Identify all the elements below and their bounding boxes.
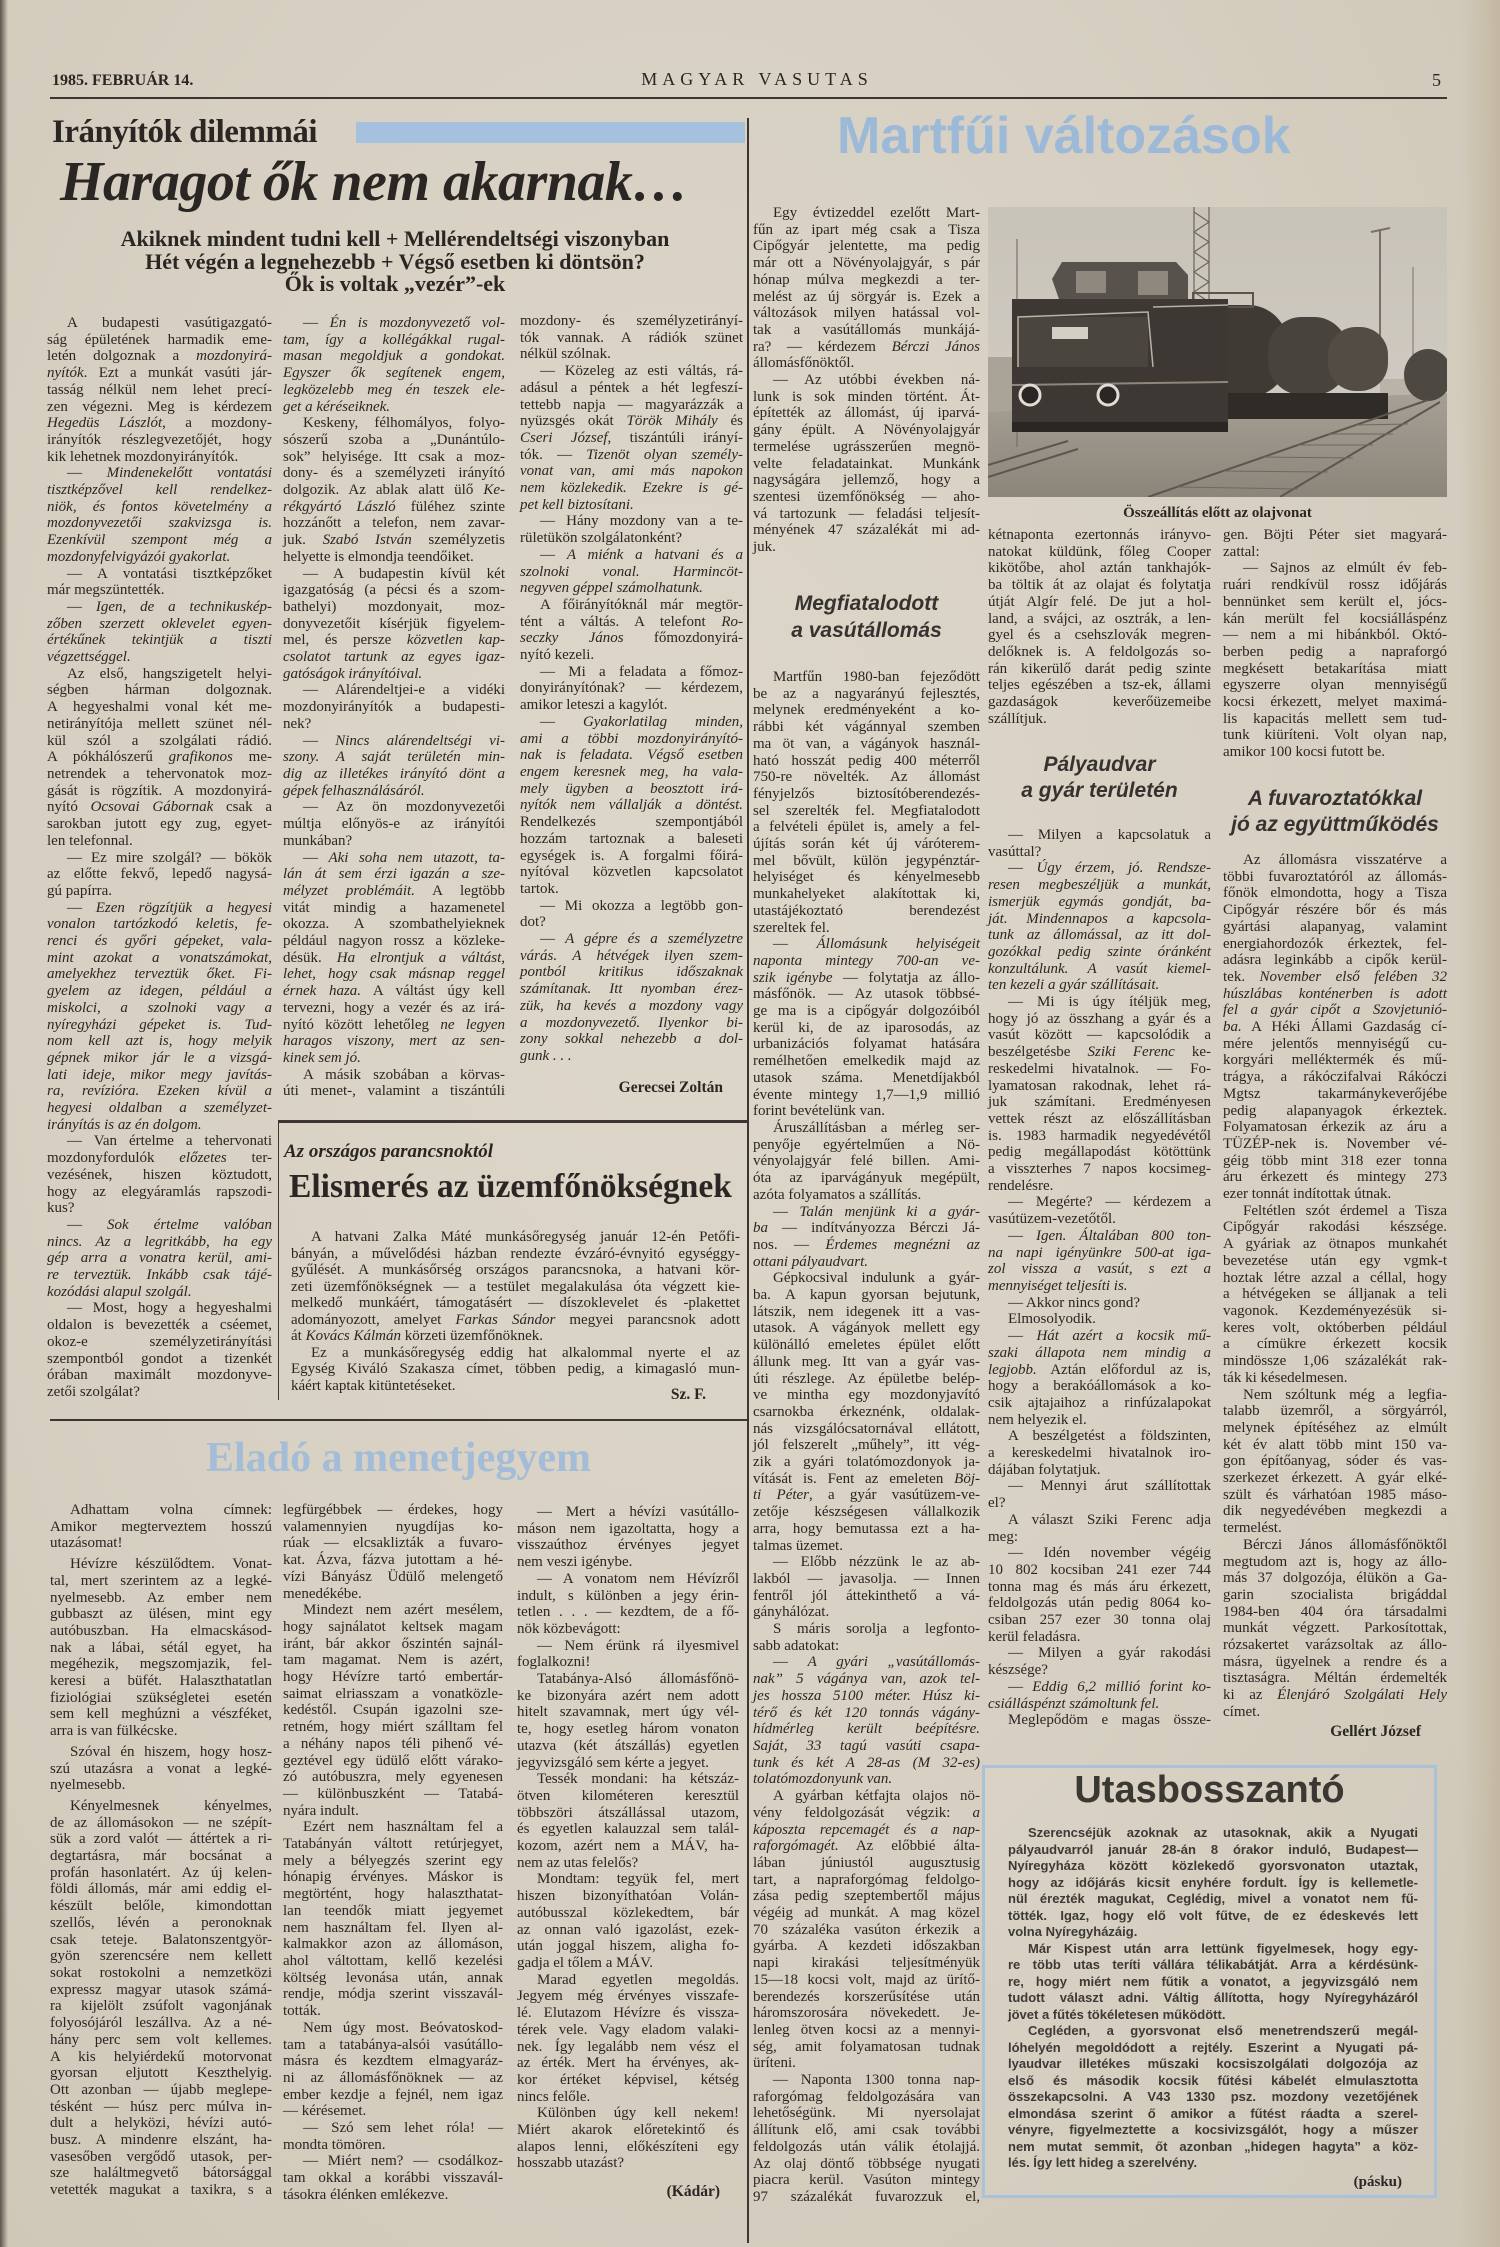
text-line: hogy Hévízre tartó embertár- bbox=[283, 1669, 503, 1686]
text-line: — Naponta 1300 tonna nap- bbox=[753, 2072, 980, 2089]
text-line: Nem úgy most. Beóvatoskod- bbox=[283, 2020, 503, 2037]
text-line: ra kijelölt zsúfolt vagonjának bbox=[50, 1998, 272, 2015]
box-body: Szerencséjük azoknak az utasoknak, akik … bbox=[1008, 1825, 1418, 2172]
page-binding-edge bbox=[0, 0, 8, 2247]
text-line: gány épült. A Növényolajgyár bbox=[753, 422, 980, 439]
text-line: hány perc sem volt kellemes. bbox=[50, 2032, 272, 2049]
text-line: visszaúthoz érvényes jegyet bbox=[517, 1537, 739, 1554]
text-line: utasok. A vágányok mellett egy bbox=[753, 1320, 980, 1337]
headlight bbox=[1020, 385, 1040, 405]
text-line: vényolajgyár felé billen. Ami- bbox=[753, 1153, 980, 1170]
text-line: és egyetlen kalauzzal sem talál- bbox=[517, 1821, 739, 1838]
text-line: más 37 dolgozója, élükön a Ga- bbox=[1223, 1570, 1447, 1587]
text-line: kerül feladásra. bbox=[988, 1629, 1211, 1646]
text-line: nyelmesebb. bbox=[50, 1777, 272, 1794]
text-line: kus? bbox=[47, 1200, 272, 1217]
article-byline: (Kádár) bbox=[517, 2183, 720, 2201]
text-line: pontból kritikus időszaknak bbox=[520, 964, 743, 981]
text-line: talabb üzemről, a sörgyárról, bbox=[1223, 1403, 1447, 1420]
text-line: A főirányítóknál már megtör- bbox=[520, 597, 743, 614]
text-line: niök, és fontos követelmény a bbox=[47, 499, 272, 516]
text-line: reskedelmi hivatalnok. — Fo- bbox=[988, 1061, 1211, 1078]
text-line: arra, hogy bemutassa ezt a ha- bbox=[753, 1521, 980, 1538]
text-line: — Ezen rögzítjük a hegyesi bbox=[47, 900, 272, 917]
text-line: tam magamat. Nem is azért, bbox=[283, 1652, 503, 1669]
text-line: S máris sorolja a legfonto- bbox=[753, 1621, 980, 1638]
text-line: valamennyien nyugdíjas ko- bbox=[283, 1519, 503, 1536]
text-line: az előtte fekvő, lepedő nagysá- bbox=[47, 866, 272, 883]
text-line: ahol váltottam, kellő kezelési bbox=[283, 1953, 503, 1970]
text-line: amikor 100 kocsi futott be. bbox=[1223, 744, 1447, 761]
text-line: címet. bbox=[1223, 1704, 1447, 1721]
text-line: tasság nélkül nem lehet precí- bbox=[47, 382, 272, 399]
text-line: bathelyi) mozdonyait, moz- bbox=[283, 599, 505, 616]
text-line: gazdaságok keverőüzemeibe bbox=[988, 694, 1211, 711]
text-line: állítunk elő, ami csak további bbox=[753, 2122, 980, 2139]
text-line: szik igénybe — folytatja az állo- bbox=[753, 970, 980, 987]
text-line: saimat elriasszam a vonatközle- bbox=[283, 1686, 503, 1703]
text-line: feldolgozás után válik étolajjá. bbox=[753, 2139, 980, 2156]
text-line: geztével egy üdülő előtt várako- bbox=[283, 1753, 503, 1770]
paragraph: Kényelmesnek kényelmes,de az állomásokon… bbox=[50, 1798, 272, 2199]
text-line: mel bővült, külön jegypénztár- bbox=[753, 853, 980, 870]
text-line: Amikor megterveztem hosszú bbox=[50, 1519, 272, 1536]
paragraph: — A miénk a hatvani és aszolnoki vonal. … bbox=[520, 547, 743, 597]
text-line: a mozdonyvezető. Ilyenkor bi- bbox=[520, 1015, 743, 1032]
text-line: — Eddig 6,2 millió forint ko- bbox=[988, 1679, 1211, 1696]
text-line: hozzám tartoznak a baleseti bbox=[520, 831, 743, 848]
text-line: Az olaj döntő többsége nyugati bbox=[753, 2156, 980, 2173]
text-line: Cegléden, a gyorsvonat első menetrendsze… bbox=[1008, 2023, 1418, 2040]
text-line: nélkül szólnak. bbox=[520, 346, 743, 363]
text-line: — Megérte? — kérdezem a bbox=[988, 1194, 1211, 1211]
text-line: — A vontatási tisztképzőket bbox=[47, 566, 272, 583]
text-line: nyíregyházi gépeket is. Tud- bbox=[47, 1017, 272, 1034]
text-line: — Hát azért a kocsik mű- bbox=[988, 1328, 1211, 1345]
text-line: Cipőgyár jelentette, ma pedig bbox=[753, 238, 980, 255]
text-line: Mondtam: tegyük fel, mert bbox=[517, 1871, 739, 1888]
text-line: géig több mint 318 ezer tonna bbox=[1223, 1153, 1447, 1170]
text-line: Ezenkívül szempont még a bbox=[47, 532, 272, 549]
box-byline: (pásku) bbox=[1296, 2174, 1402, 2191]
paragraph: — Hát azért a kocsik mű-szaki állapota n… bbox=[988, 1328, 1211, 1428]
text-line: — különbuszként — Tatabá- bbox=[283, 1786, 503, 1803]
subhead-line: a gyár területén bbox=[988, 778, 1211, 804]
text-line: — Sajnos az elmúlt év feb- bbox=[1223, 560, 1447, 577]
paragraph: — Mindenekelőtt vontatásitisztképzővel k… bbox=[47, 465, 272, 565]
paragraph: Ezért nem használtam fel aTatabányán vál… bbox=[283, 1819, 503, 2019]
text-line: tötték. Igaz, hogy elő volt fűtve, de ez… bbox=[1008, 1908, 1418, 1925]
text-line: Szóval én hiszem, hogy hosz- bbox=[50, 1744, 272, 1761]
text-line: Tessék mondani: ha kétszáz- bbox=[517, 1771, 739, 1788]
text-line: el? bbox=[988, 1495, 1211, 1512]
page-right-edge bbox=[1460, 0, 1500, 2247]
text-line: érnek haza. A váltást úgy kell bbox=[283, 983, 505, 1000]
text-line: vítását is. Fent az emeleten Böj- bbox=[753, 1471, 980, 1488]
text-line: helyette is elmondja teendőiket. bbox=[283, 549, 505, 566]
text-line: dig az illetékes irányító dönt a bbox=[283, 766, 505, 783]
paragraph: Egy évtizeddel ezelőtt Mart-fűn az ipart… bbox=[753, 205, 980, 372]
text-line: szállítjuk. bbox=[988, 711, 1211, 728]
text-line: ötven kilométeren keresztül bbox=[517, 1788, 739, 1805]
text-line: Meglepődöm e magas össze- bbox=[988, 1712, 1211, 1729]
text-line: nyítóval közvetlen kapcsolatot bbox=[520, 864, 743, 881]
text-line: ruári rendkívül rossz időjárás bbox=[1223, 577, 1447, 594]
text-line: várás. A hétvégek ilyen szem- bbox=[520, 948, 743, 965]
text-line: Az állomásra visszatérve a bbox=[1223, 852, 1447, 869]
paragraph: S máris sorolja a legfonto-sabb adatokat… bbox=[753, 1621, 980, 1654]
paragraph: gen. Böjti Péter siet magyará-zattal: bbox=[1223, 527, 1447, 560]
text-line: ki az Élenjáró Szolgálati Hely bbox=[1223, 1687, 1447, 1704]
text-line: be az a nagyarányú fejlesztés, bbox=[753, 686, 980, 703]
text-line: úti menet-, valamint a tiszántúli bbox=[283, 1083, 505, 1100]
text-line: után joggal hiszem, aligha fo- bbox=[517, 1938, 739, 1955]
paragraph: — Naponta 1300 tonna nap-raforgómag feld… bbox=[753, 2072, 980, 2206]
text-line: nak” 5 vágánya van, azok tel- bbox=[753, 1671, 980, 1688]
article-column-3: mozdony- és személyzetirányí-tók vannak.… bbox=[520, 313, 743, 1065]
text-line: mozdony- és személyzetirányí- bbox=[520, 313, 743, 330]
text-line: jövet a fűtés tökéletesen működött. bbox=[1008, 2007, 1418, 2024]
paragraph: Bérczi János állomásfőnöktőlmegtudom azt… bbox=[1223, 1537, 1447, 1721]
text-line: lé. Elutazom Hévízre és vissza- bbox=[517, 2005, 739, 2022]
text-line: lyaudvar illetékes műszaki kocsiszolgála… bbox=[1008, 2056, 1418, 2073]
article-column-1: Adhattam volna címnek:Amikor megtervezte… bbox=[50, 1502, 272, 2199]
text-line: kozom, azért nem a MÁV, ha- bbox=[517, 1838, 739, 1855]
article-column-2-top: kétnaponta ezertonnás irányvo-natokat kü… bbox=[988, 527, 1211, 727]
text-line: szellős, lévén a peronoknak bbox=[50, 1915, 272, 1932]
text-line: másra, ügyelnek a rendre és a bbox=[1223, 1654, 1447, 1671]
text-line: tunk az állomással, az itt dol- bbox=[988, 927, 1211, 944]
article-column-3-top: gen. Böjti Péter siet magyará-zattal:— S… bbox=[1223, 527, 1447, 761]
paragraph: — Úgy érzem, jó. Rendsze-resen megbeszél… bbox=[988, 860, 1211, 994]
text-line: útját Algír felé. De jut a hol- bbox=[988, 594, 1211, 611]
text-line: készült belőle, kimondottan bbox=[50, 1898, 272, 1915]
text-line: ság épületének harmadik eme- bbox=[47, 332, 272, 349]
section-subhead: Megfiatalodott a vasútállomás bbox=[753, 590, 980, 644]
text-line: szaki állapota nem mindig a bbox=[988, 1345, 1211, 1362]
text-line: legközelebb meg én teszek ele- bbox=[283, 382, 505, 399]
text-line: tolatómozdonyunk van. bbox=[753, 1771, 980, 1788]
paragraph: — Mennyi árut szállítottakel? bbox=[988, 1478, 1211, 1511]
text-line: teljes egészében a tsz-ek, állami bbox=[988, 677, 1211, 694]
text-line: Már Kispest után arra lettünk figyelmese… bbox=[1008, 1941, 1418, 1958]
text-line: bennünket sem került el, jócs- bbox=[1223, 594, 1447, 611]
text-line: szült és várhatóan 1985 máso- bbox=[1223, 1487, 1447, 1504]
text-line: ami a többi mozdonyirányító- bbox=[520, 731, 743, 748]
text-line: 15—18 kocsi volt, majd az ürítő- bbox=[753, 1972, 980, 1989]
article-byline: Gerecsei Zoltán bbox=[520, 1079, 723, 1097]
text-line: A gyárban kétfajta olajos nö- bbox=[753, 1788, 980, 1805]
text-line: földi állomás, már ami eddig el- bbox=[50, 1881, 272, 1898]
text-line: egységek is. A forgalmi főirá- bbox=[520, 848, 743, 865]
text-line: de az állomásokon — ne szépít- bbox=[50, 1815, 272, 1832]
text-line: A pókhálószerű grafikonos me- bbox=[47, 749, 272, 766]
text-line: — Az utóbbi években ná- bbox=[753, 372, 980, 389]
text-line: berendezés korszerűsítése után bbox=[753, 1989, 980, 2006]
text-line: garin szocialista brigáddal bbox=[1223, 1587, 1447, 1604]
paragraph: Tatabánya-Alsó állomásfőnö-ke bizonyára … bbox=[517, 1671, 739, 1771]
text-line: — Idén november végéig bbox=[988, 1545, 1211, 1562]
paragraph: — Eddig 6,2 millió forint ko-csiálláspén… bbox=[988, 1679, 1211, 1712]
text-line: kedéstől. Csupán igazolni sze- bbox=[283, 1702, 503, 1719]
text-line: — nem a mi hibánkból. Októ- bbox=[1223, 627, 1447, 644]
text-line: — kérésemet. bbox=[283, 2103, 503, 2120]
text-line: Mindezt nem azért mesélem, bbox=[283, 1602, 503, 1619]
text-line: — Én is mozdonyvezető vol- bbox=[283, 315, 505, 332]
text-line: Ezért nem használtam fel a bbox=[283, 1819, 503, 1836]
article-kicker: Irányítók dilemmái bbox=[52, 114, 317, 150]
text-line: gyárba. A kezdeti időszakban bbox=[753, 1938, 980, 1955]
text-line: tart, a napraforgómag feldolgo- bbox=[753, 1872, 980, 1889]
text-line: pedig alapanyagok érkeztek. bbox=[1223, 1103, 1447, 1120]
text-line: — A vonatom nem Hévízről bbox=[517, 1571, 739, 1588]
text-line: vasúttal? bbox=[988, 844, 1211, 861]
paragraph: mozdony- és személyzetirányí-tók vannak.… bbox=[520, 313, 743, 363]
text-line: mint azokat a vonatszámokat, bbox=[47, 950, 272, 967]
article-column-1: A budapesti vasútigazgató-ság épületének… bbox=[47, 315, 272, 1401]
text-line: vasesőben vergődő utasok, per- bbox=[50, 2149, 272, 2166]
paragraph: — Mert a hévízi vasútállo-máson nem igaz… bbox=[517, 1504, 739, 1571]
text-line: nyítók nem vállalják a döntést. bbox=[520, 797, 743, 814]
text-line: zük, ha kevés a mozdony vagy bbox=[520, 998, 743, 1015]
text-line: zó autóbuszra, mely egyenesen bbox=[283, 1769, 503, 1786]
text-line: — Milyen a kapcsolatuk a bbox=[988, 827, 1211, 844]
text-line: autóbusszal közlekedtem, bár bbox=[517, 1905, 739, 1922]
box-byline: Sz. F. bbox=[600, 1386, 706, 1404]
text-line: lában júniustól augusztusig bbox=[753, 1855, 980, 1872]
text-line: termelést. bbox=[1223, 1520, 1447, 1537]
text-line: masan megoldjuk a gondokat. bbox=[283, 348, 505, 365]
text-line: haragos viszony, mert az sen- bbox=[283, 1033, 505, 1050]
text-line: nül érezték magukat, Ceglédig, mivel a v… bbox=[1008, 1891, 1418, 1908]
text-line: pedig megállapodást kötöttünk bbox=[988, 1144, 1211, 1161]
text-line: bányán, a művelődési házban rendezte évz… bbox=[291, 1246, 740, 1263]
text-line: 750-re növelték. Az állomást bbox=[753, 769, 980, 786]
text-line: ma öt van, a vágányok használ- bbox=[753, 736, 980, 753]
text-line: sokat rostokolni a nemzetközi bbox=[50, 1965, 272, 1982]
article-column-3-bottom: Az állomásra visszatérve atöbbi fuvarozt… bbox=[1223, 852, 1447, 1721]
text-line: lyamatosan rakodnak, lehet rá- bbox=[988, 1078, 1211, 1095]
text-line: a címükre érkezett kocsik bbox=[1223, 1336, 1447, 1353]
text-line: nök közbevágott: bbox=[517, 1621, 739, 1638]
text-line: — Mindenekelőtt vontatási bbox=[47, 465, 272, 482]
text-line: megtudom azt is, hogy az állo- bbox=[1223, 1554, 1447, 1571]
text-line: gyártási alapanyag, valamint bbox=[1223, 919, 1447, 936]
text-line: kinek sem jó. bbox=[283, 1050, 505, 1067]
text-line: fiziológiai szükségletei esetén bbox=[50, 1690, 272, 1707]
text-line: — Igen. Általában 800 ton- bbox=[988, 1228, 1211, 1245]
text-line: kül szól a szolgálati rádió. bbox=[47, 733, 272, 750]
text-line: hosszabb utazást? bbox=[517, 2155, 739, 2172]
text-line: lehetőségünk. Mi nyersolajat bbox=[753, 2105, 980, 2122]
text-line: kocsi érkezett, melyet maximá- bbox=[1223, 694, 1447, 711]
text-line: rületükön szolgálatonként? bbox=[520, 530, 743, 547]
text-line: lóhelyén megoldódott a rejtély. Eszerint… bbox=[1008, 2040, 1418, 2057]
article-headline: Martfűi változások bbox=[837, 104, 1291, 168]
text-line: nem használtam fel. Ilyen al- bbox=[283, 1920, 503, 1937]
text-line: keresi a büfét. Halaszthatatlan bbox=[50, 1673, 272, 1690]
text-line: jes hossza 5100 méter. Húsz ki- bbox=[753, 1688, 980, 1705]
text-line: nyítók. Ezt a munkát vasúti jár- bbox=[47, 365, 272, 382]
text-line: szony. A saját területén min- bbox=[283, 749, 505, 766]
paragraph: — Az utóbbi években ná-lunk is sok minde… bbox=[753, 372, 980, 556]
text-line: újítás során két új váróterem- bbox=[753, 836, 980, 853]
paragraph: — Idén november végéig10 802 kocsiban 24… bbox=[988, 1545, 1211, 1645]
paragraph: — Alárendeltjei-e a vidékimozdonyirányít… bbox=[283, 682, 505, 732]
text-line: szereltek fel. bbox=[753, 920, 980, 937]
text-line: 97 százalékát fuvarozzuk el, bbox=[753, 2189, 980, 2206]
text-line: hogy az időjárás kicsit enyhére fordult.… bbox=[1008, 1875, 1418, 1892]
text-line: sabb adatokat: bbox=[753, 1638, 980, 1655]
text-line: mozdonyfordulók előzetes ter- bbox=[47, 1150, 272, 1167]
text-line: sok” helyisége. Itt csak a moz- bbox=[283, 449, 505, 466]
text-line: hogy az elegyáramlás rapszodi- bbox=[47, 1184, 272, 1201]
text-line: rékgyártó László füléhez szinte bbox=[283, 499, 505, 516]
text-line: hiszen bizonyíthatóan Volán- bbox=[517, 1888, 739, 1905]
text-line: gunk . . . bbox=[520, 1048, 743, 1065]
text-line: termelése ugrásszerűen megnö- bbox=[753, 439, 980, 456]
text-line: retném, hogy miért szálltam fel bbox=[283, 1719, 503, 1736]
text-line: értékűnek tekintjük a tiszti bbox=[47, 632, 272, 649]
box-headline: Utasbosszantó bbox=[982, 1768, 1437, 1812]
text-line: Az első, hangszigetelt helyi- bbox=[47, 666, 272, 683]
text-line: melynek építéséhez az elmúlt bbox=[1223, 1420, 1447, 1437]
text-line: rán kikerülő darát pedig szinte bbox=[988, 661, 1211, 678]
text-line: ge ma is a cipőgyár dolgozóiból bbox=[753, 1003, 980, 1020]
paragraph: — Hány mozdony van a te-rületükön szolgá… bbox=[520, 513, 743, 546]
text-line: ját. Mindennapos a kapcsola- bbox=[988, 911, 1211, 928]
text-line: 10 802 kocsiban 241 ezer 744 bbox=[988, 1562, 1211, 1579]
text-line: mely ügyben a beosztott irá- bbox=[520, 781, 743, 798]
text-line: ve mintha egy mozdonyjavító bbox=[753, 1387, 980, 1404]
text-line: Tatabánya-Alsó állomásfőnö- bbox=[517, 1671, 739, 1688]
text-line: gépnek mikor jár le a vizsgá- bbox=[47, 1050, 272, 1067]
article-subheads: Akiknek mindent tudni kell + Mellérendel… bbox=[50, 228, 740, 296]
text-line: Cipőgyár rakodási készsége. bbox=[1223, 1219, 1447, 1236]
paragraph: Keskeny, félhomályos, folyo-sószerű szob… bbox=[283, 415, 505, 565]
text-line: hegyesi oldalban a személyzet- bbox=[47, 1100, 272, 1117]
publication-title: MAGYAR VASUTAS bbox=[600, 69, 914, 90]
text-line: tonna mag és más áru érkezett, bbox=[988, 1579, 1211, 1596]
text-line: — Szó sem lehet róla! — bbox=[283, 2120, 503, 2137]
text-line: fentről jól áttekinthető a vá- bbox=[753, 1588, 980, 1605]
paragraph: Gépkocsival indulunk a gyár-ba. A kapun … bbox=[753, 1270, 980, 1554]
text-line: — Milyen a gyár rakodási bbox=[988, 1645, 1211, 1662]
text-line: A beszélgetést a földszinten, bbox=[988, 1428, 1211, 1445]
text-line: tam, így a kollégákkal rugal- bbox=[283, 332, 505, 349]
paragraph: — Gyakorlatilag minden,ami a többi mozdo… bbox=[520, 714, 743, 898]
text-line: melést az új sörgyár is. Ezek a bbox=[753, 289, 980, 306]
text-line: rendelésre. bbox=[988, 1178, 1211, 1195]
text-line: urbanizációs folyamat hatására bbox=[753, 1036, 980, 1053]
paragraph: — Ez mire szolgál? — bökökaz előtte fekv… bbox=[47, 850, 272, 900]
text-line: szempontból gondot a tizenkét bbox=[47, 1351, 272, 1368]
text-line: vasút között — kapcsolódik a bbox=[988, 1027, 1211, 1044]
text-line: mel, és persze közvetlen kap- bbox=[283, 632, 505, 649]
text-line: volna Nyíregyházáig. bbox=[1008, 1924, 1418, 1941]
paragraph: — Én is mozdonyvezető vol-tam, így a kol… bbox=[283, 315, 505, 415]
paragraph: Adhattam volna címnek:Amikor megtervezte… bbox=[50, 1502, 272, 1552]
text-line: ba töltik át az olajat és folytatja bbox=[988, 577, 1211, 594]
paragraph: Meglepődöm e magas össze- bbox=[988, 1712, 1211, 1729]
text-line: Keskeny, félhomályos, folyo- bbox=[283, 415, 505, 432]
subhead-line: A fuvaroztatókkal bbox=[1223, 786, 1447, 812]
text-line: — Akkor nincs gond? bbox=[988, 1295, 1211, 1312]
section-rule bbox=[50, 1419, 747, 1421]
paragraph: — A gépre és a személyzetrevárás. A hétv… bbox=[520, 931, 743, 1065]
text-line: A gyáriak az ötnapos munkahét bbox=[1223, 1236, 1447, 1253]
text-line: adományozott, amelyet Farkas Sándor megy… bbox=[291, 1312, 740, 1329]
text-line: A budapesti vasútigazgató- bbox=[47, 315, 272, 332]
paragraph: — Állomásunk helyiségeitnaponta mintegy … bbox=[753, 936, 980, 1120]
text-line: ba — indítványozza Bérczi Já- bbox=[753, 1220, 980, 1237]
text-line: Cipőgyár részére bőr és más bbox=[1223, 902, 1447, 919]
box-body: A hatvani Zalka Máté munkásőregység janu… bbox=[291, 1229, 740, 1394]
text-line: Kényelmesnek kényelmes, bbox=[50, 1798, 272, 1815]
text-line: megtörtént, hogy halaszthatat- bbox=[283, 1886, 503, 1903]
text-line: évente mintegy 1,7—1,9 millió bbox=[753, 1087, 980, 1104]
text-line: talmas üzemet. bbox=[753, 1538, 980, 1555]
text-line: nincs felőle. bbox=[517, 2089, 739, 2106]
text-line: juk. bbox=[753, 539, 980, 556]
text-line: Egység Kiváló Szakasza címet, többen ped… bbox=[291, 1361, 740, 1378]
text-line: — Úgy érzem, jó. Rendsze- bbox=[988, 860, 1211, 877]
text-line: gását is rögzítik. A mozdonyirá- bbox=[47, 783, 272, 800]
text-line: Martfűn 1980-ban fejeződött bbox=[753, 669, 980, 686]
text-line: vezésének, hiszen köztudott, bbox=[47, 1167, 272, 1184]
text-line: gozókkal pedig szinte óránként bbox=[988, 944, 1211, 961]
text-line: tam okkal a korábbi visszavál- bbox=[283, 2170, 503, 2187]
text-line: tek. November első felében 32 bbox=[1223, 969, 1447, 986]
text-line: tént a váltás. A telefont Ro- bbox=[520, 614, 743, 631]
text-line: gadja el tőlem a MÁV. bbox=[517, 1955, 739, 1972]
text-line: utazva (két átszállás) egyetlen bbox=[517, 1738, 739, 1755]
text-line: vényre, figyelmeztette a kocsivizsgálót,… bbox=[1008, 2122, 1418, 2139]
text-line: többi fuvaroztatóról az állomás- bbox=[1223, 869, 1447, 886]
text-line: nyító kezeli. bbox=[520, 647, 743, 664]
text-line: foglalkozni! bbox=[517, 1654, 739, 1671]
text-line: Adhattam volna címnek: bbox=[50, 1502, 272, 1519]
text-line: amikor leteszi a kagylót. bbox=[520, 697, 743, 714]
text-line: óta az iparvágányuk megépült, bbox=[753, 1170, 980, 1187]
text-line: resen megbeszéljük a munkát, bbox=[988, 877, 1211, 894]
text-line: máson nem igazoltatta, hogy a bbox=[517, 1521, 739, 1538]
photo-caption: Összeállítás előtt az olajvonat bbox=[988, 504, 1447, 522]
text-line: ti Péter, a gyár vasútüzem-ve- bbox=[753, 1487, 980, 1504]
text-line: számítanak. Itt nyomban érez- bbox=[520, 981, 743, 998]
text-line: sószerű szoba a „Dunántúlo- bbox=[283, 432, 505, 449]
text-line: a néhány napos téli pihenő vé- bbox=[283, 1736, 503, 1753]
text-line: piacra kerül. Vasúton mintegy bbox=[753, 2172, 980, 2189]
paragraph: A főirányítóknál már megtör-tént a váltá… bbox=[520, 597, 743, 664]
section-subhead: A fuvaroztatókkal jó az együttműködés bbox=[1223, 786, 1447, 838]
text-line: tal, mert szerintem az a legké- bbox=[50, 1573, 272, 1590]
text-line: A hatvani Zalka Máté munkásőregység janu… bbox=[291, 1229, 740, 1246]
text-line: folyosójáról leszállva. Az a né- bbox=[50, 2015, 272, 2032]
text-line: Miért akarok előretekintő és bbox=[517, 2122, 739, 2139]
text-line: Nem szóltunk még a legfia- bbox=[1223, 1387, 1447, 1404]
text-line: — Ez mire szolgál? — bökök bbox=[47, 850, 272, 867]
subhead-line: Pályaudvar bbox=[988, 752, 1211, 778]
paragraph: — Igen, de a technikuskép-zőben szerzett… bbox=[47, 599, 272, 666]
text-line: munkahelyeket alakítottak ki, bbox=[753, 886, 980, 903]
kicker-blue-bar bbox=[356, 122, 745, 143]
text-line: is. 1983 harmadik negyedévétől bbox=[988, 1128, 1211, 1145]
text-line: különálló emeletes épület előtt bbox=[753, 1337, 980, 1354]
text-line: re, hogy miért nem fűtik a vonatot, a je… bbox=[1008, 1974, 1418, 1991]
text-line: rúak — elcsaklizták a fuvaro- bbox=[283, 1535, 503, 1552]
text-line: gatóságok irányítóival. bbox=[283, 666, 505, 683]
